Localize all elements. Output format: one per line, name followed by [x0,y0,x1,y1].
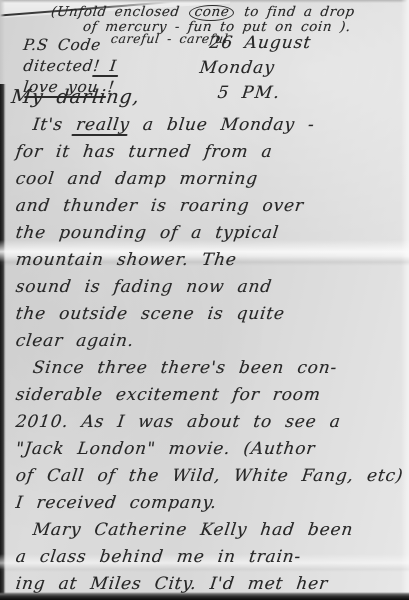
body-line: the outside scene is quite [14,301,404,328]
body-line: "Jack London" movie. (Author [14,436,404,463]
body-line: I received company. [14,490,404,517]
ps-line-2: ditected! I [22,56,118,77]
body-line: 2010. As I was about to see a [14,409,404,436]
body-line: It's really a blue Monday - [14,112,404,139]
date-text: 26 August [208,31,313,56]
body-line: clear again. [14,328,404,355]
paper-top-edge [0,0,409,3]
body-line: Since three there's been con- [14,355,404,382]
body-line: of Call of the Wild, White Fang, etc) [14,463,404,490]
body-line: sound is fading now and [14,274,404,301]
letter-body: It's really a blue Monday - for it has t… [14,112,401,598]
paper-left-edge-top [0,0,5,84]
body-line: a class behind me in train- [14,544,404,571]
body-line-text: It's really a blue Monday - [31,115,315,135]
body-line: ing at Miles City. I'd met her [14,571,404,598]
salutation: My darling, [10,86,141,108]
dateline: 26 August Monday 5 PM. [198,31,310,106]
ps-line-1: P.S Code [22,35,118,56]
body-line: Mary Catherine Kelly had been [14,517,404,544]
annotation-text: (Unfold enclosed [50,4,188,20]
paper-right-edge [401,0,409,600]
body-line: for it has turned from a [14,139,404,166]
body-line: cool and damp morning [14,166,404,193]
body-line: siderable excitement for room [14,382,404,409]
underline-stroke [71,134,127,136]
body-line: and thunder is roaring over [14,193,404,220]
paper-left-edge [0,84,6,600]
time-text: 5 PM. [216,81,313,106]
body-line: the pounding of a typical [14,220,404,247]
body-line: mountain shower. The [14,247,404,274]
annotation-text: to find a drop [235,4,355,20]
day-text: Monday [198,56,313,81]
letter-scan-page: (Unfold enclosed cone to find a drop of … [0,0,409,600]
ps-line-2-text: ditected! I [22,57,117,75]
